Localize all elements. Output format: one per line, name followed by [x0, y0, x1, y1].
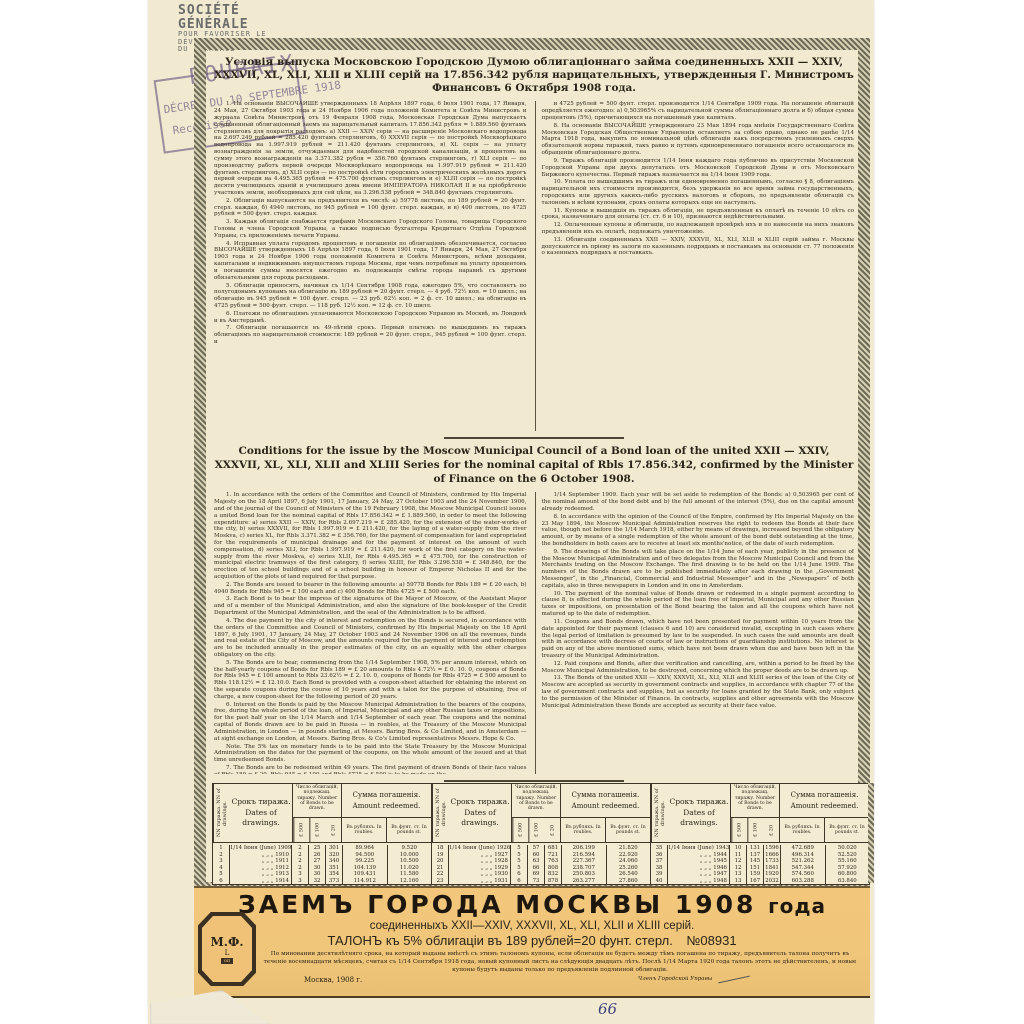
table-cell: 3: [213, 858, 230, 865]
condition-paragraph: 4. The due payment by the city of intere…: [214, 618, 527, 659]
table-cell: „ „ „ 1928: [449, 858, 511, 865]
table-cell: 301: [326, 845, 343, 852]
table-cell: 216.594: [562, 852, 607, 859]
header-dates: Срокъ тиража.Dates of drawings.: [230, 784, 293, 842]
table-cell: 6: [511, 878, 528, 885]
table-cell: 30: [309, 865, 326, 872]
condition-paragraph: 8. На основаніи ВЫСОЧАЙШЕ утвержденнаго …: [542, 123, 855, 157]
table-cell: 5: [511, 845, 528, 852]
table-cell: „ „ „ 1914: [230, 878, 292, 885]
table-cell: 63: [528, 858, 545, 865]
table-cell: 151: [747, 865, 764, 872]
header-dates: Срокъ тиража.Dates of drawings.: [668, 784, 731, 842]
table-cell: 320: [326, 852, 343, 859]
table-cell: 38: [651, 865, 668, 872]
signature-label: Членъ Городской Управы: [638, 976, 712, 982]
table-cell: 1/14 Іюня (June) 1943: [668, 845, 730, 852]
table-cell: 12: [730, 865, 747, 872]
condition-paragraph: 10. The payment of the nominal value of …: [542, 591, 855, 618]
table-cell: 52.520: [826, 852, 870, 859]
coupon-body-text: По миновании десятилѣтняго срока, на кот…: [262, 951, 858, 974]
table-cell: 23: [432, 878, 449, 885]
coupon-headline-main: ЗАЕМЪ ГОРОДА МОСКВЫ 1908: [238, 890, 756, 919]
condition-paragraph: 4. Исправная уплата городомъ процентовъ …: [214, 241, 527, 282]
table-cell: 12: [730, 858, 747, 865]
seal-box: оп: [221, 958, 233, 964]
table-cell: 167: [747, 878, 764, 885]
table-cell: „ „ „ 1945: [668, 858, 730, 865]
table-cell: 37: [651, 858, 668, 865]
stamp-line: SOCIÉTÉ GÉNÉRALE: [178, 4, 318, 31]
table-row: 21„ „ „ 1929566808238.70725.260: [432, 865, 650, 872]
table-cell: „ „ „ 1947: [668, 871, 730, 878]
table-cell: 11.580: [388, 871, 432, 878]
table-row: 19„ „ „ 1927560721216.59422.920: [432, 852, 650, 859]
table-cell: 63.840: [826, 878, 870, 885]
condition-paragraph: 9. Тиражъ облигацій производится 1/14 Ію…: [542, 158, 855, 178]
table-cell: 3: [292, 871, 309, 878]
table-cell: „ „ „ 1948: [668, 878, 730, 885]
section-divider: [444, 780, 624, 782]
table-cell: 574.560: [781, 871, 826, 878]
seal-letter: L: [225, 949, 230, 957]
handwritten-note: 66: [598, 1000, 617, 1018]
russian-right-column: и 4725 рублей = 500 фунт. стерл. произво…: [535, 101, 855, 431]
table-row: 351/14 Іюня (June) 1943101311596472.6895…: [651, 845, 869, 852]
table-cell: 2: [292, 865, 309, 872]
condition-paragraph: 5. Облигаціи приносятъ, начиная съ 1/14 …: [214, 283, 527, 310]
condition-paragraph: 6. Платежи по облигаціямъ уплачиваются М…: [214, 311, 527, 325]
table-cell: 1733: [764, 858, 781, 865]
table-cell: 1666: [764, 852, 781, 859]
table-row: 5„ „ „ 1913330354109.43111.580: [213, 871, 431, 878]
header-bonds: Число облигацій, подлежащ. тиражу. Numbe…: [731, 784, 780, 842]
table-cell: 104.139: [343, 865, 388, 872]
table-cell: 10.000: [388, 852, 432, 859]
table-cell: 547.344: [781, 865, 826, 872]
header-drawing-number: NN тиража. NN of drawings.: [651, 784, 668, 842]
signature-scrawl-icon: [718, 976, 750, 984]
table-cell: 109.431: [343, 871, 388, 878]
table-cell: 26.540: [607, 871, 651, 878]
table-cell: „ „ „ 1911: [230, 858, 292, 865]
table-cell: 263.277: [562, 878, 607, 885]
table-cell: 60: [528, 852, 545, 859]
table-cell: 2: [213, 852, 230, 859]
table-cell: 1920: [764, 871, 781, 878]
table-cell: 21: [432, 865, 449, 872]
table-cell: 18: [432, 845, 449, 852]
english-right-column: 1/14 September 1909. Each year will be s…: [535, 492, 855, 774]
header-amount: Сумма погашенія.Amount redeemed.Въ рубля…: [780, 784, 869, 842]
table-cell: 20: [432, 858, 449, 865]
header-dates: Срокъ тиража.Dates of drawings.: [449, 784, 512, 842]
condition-paragraph: 13. Облигаціи соединенныхъ XXII — XXIV, …: [542, 237, 855, 257]
table-header: NN тиража. NN of drawings.Срокъ тиража.D…: [213, 784, 431, 843]
coupon-signature: Членъ Городской Управы: [638, 976, 750, 984]
table-cell: „ „ „ 1944: [668, 852, 730, 859]
table-row: 38„ „ „ 1946121511841547.34457.920: [651, 865, 869, 872]
table-cell: 681: [545, 845, 562, 852]
table-cell: 19: [432, 852, 449, 859]
table-cell: 1/14 Іюня (June) 1909: [230, 845, 292, 852]
table-cell: 5: [213, 871, 230, 878]
table-cell: 2: [292, 845, 309, 852]
table-cell: 521.262: [781, 858, 826, 865]
table-cell: 114.912: [343, 878, 388, 885]
table-cell: „ „ „ 1929: [449, 865, 511, 872]
table-cell: 2: [292, 852, 309, 859]
condition-paragraph: 1/14 September 1909. Each year will be s…: [542, 492, 855, 512]
table-cell: 27.860: [607, 878, 651, 885]
table-cell: 6: [213, 878, 230, 885]
condition-paragraph: 3. Each Bond is to bear the impress of t…: [214, 596, 527, 616]
table-row: 37„ „ „ 1945121451733521.26255.160: [651, 858, 869, 865]
table-cell: 5: [511, 865, 528, 872]
table-cell: „ „ „ 1913: [230, 871, 292, 878]
condition-paragraph: 11. Coupons and Bonds drawn, which have …: [542, 619, 855, 660]
talon-coupon: М.Ф. L оп ЗАЕМЪ ГОРОДА МОСКВЫ 1908 года …: [194, 886, 870, 998]
condition-paragraph: 13. The Bonds of the united XXII — XXIV,…: [542, 675, 855, 709]
condition-paragraph: 8. In accordance with the opinion of the…: [542, 514, 855, 548]
header-bonds: Число облигацій, подлежащ. тиражу. Numbe…: [512, 784, 561, 842]
table-row: 22„ „ „ 1930669832250.80326.540: [432, 871, 650, 878]
table-cell: 137: [747, 852, 764, 859]
condition-paragraph: 12. Paid coupons and Bonds, after due ve…: [542, 661, 855, 675]
russian-conditions: 1. На основаніи ВЫСОЧАЙШЕ утвержденныхъ …: [214, 101, 854, 431]
table-cell: 12.160: [388, 878, 432, 885]
table-row: 23„ „ „ 1931673878263.27727.860: [432, 878, 650, 885]
header-amount: Сумма погашенія.Amount redeemed.Въ рубля…: [342, 784, 431, 842]
table-cell: 1596: [764, 845, 781, 852]
table-cell: 57.920: [826, 865, 870, 872]
seal-inner: М.Ф. L оп: [202, 916, 252, 982]
coupon-series-line: соединенныхъ XXII—XXIV, XXXVII, XL, XLI,…: [194, 920, 870, 932]
table-row: 36„ „ „ 1944111371666496.31452.520: [651, 852, 869, 859]
condition-paragraph: и 4725 рублей = 500 фунт. стерл. произво…: [542, 101, 855, 121]
table-cell: 13: [730, 871, 747, 878]
table-cell: 39: [651, 871, 668, 878]
talon-text: ТАЛОНЪ къ 5% облигаціи въ 189 рублей=20 …: [327, 933, 672, 948]
table-cell: 50.020: [826, 845, 870, 852]
condition-paragraph: 5. The Bonds are to bear, commencing fro…: [214, 660, 527, 701]
table-cell: 1/14 Іюня (June) 1926: [449, 845, 511, 852]
table-cell: 4: [213, 865, 230, 872]
table-cell: „ „ „ 1927: [449, 852, 511, 859]
table-cell: „ „ „ 1930: [449, 871, 511, 878]
table-cell: „ „ „ 1946: [668, 865, 730, 872]
bond-conditions: Условія выпуска Московскою Городскою Дум…: [214, 56, 854, 825]
condition-paragraph: 9. The drawings of the Bonds will take p…: [542, 549, 855, 590]
table-cell: 5: [511, 852, 528, 859]
table-cell: 878: [545, 878, 562, 885]
table-cell: 36: [651, 852, 668, 859]
table-row: 6„ „ „ 1914332373114.91212.160: [213, 878, 431, 885]
table-cell: 238.707: [562, 865, 607, 872]
table-cell: 373: [326, 878, 343, 885]
table-cell: 35: [651, 845, 668, 852]
table-cell: 1841: [764, 865, 781, 872]
condition-paragraph: 1. На основаніи ВЫСОЧАЙШЕ утвержденныхъ …: [214, 101, 527, 196]
table-cell: 6: [511, 871, 528, 878]
table-cell: 145: [747, 858, 764, 865]
table-row: 2„ „ „ 191022632094.50010.000: [213, 852, 431, 859]
stamp-duty-seal: М.Ф. L оп: [198, 912, 256, 986]
table-cell: 9.520: [388, 845, 432, 852]
header-amount: Сумма погашенія.Amount redeemed.Въ рубля…: [561, 784, 650, 842]
table-cell: 354: [326, 871, 343, 878]
table-cell: 3: [292, 878, 309, 885]
russian-left-column: 1. На основаніи ВЫСОЧАЙШЕ утвержденныхъ …: [214, 101, 527, 431]
table-cell: 40: [651, 878, 668, 885]
redemption-segment: NN тиража. NN of drawings.Срокъ тиража.D…: [651, 784, 869, 884]
condition-paragraph: 6. Interest on the Bonds is paid by the …: [214, 702, 527, 743]
table-cell: „ „ „ 1912: [230, 865, 292, 872]
condition-paragraph: 10. Уплата по вышедшимъ въ тиражъ или ед…: [542, 179, 855, 206]
table-cell: 721: [545, 852, 562, 859]
table-row: 181/14 Іюня (June) 1926557681206.19921.8…: [432, 845, 650, 852]
coupon-talon-line: ТАЛОНЪ къ 5% облигаціи въ 189 рублей=20 …: [194, 933, 870, 948]
english-left-column: 1. In accordance with the orders of the …: [214, 492, 527, 774]
table-cell: 11: [730, 852, 747, 859]
table-cell: 22.920: [607, 852, 651, 859]
table-cell: 131: [747, 845, 764, 852]
table-cell: 250.803: [562, 871, 607, 878]
condition-paragraph: 2. Облигаціи выпускаются на предъявителя…: [214, 198, 527, 218]
table-cell: 763: [545, 858, 562, 865]
table-cell: 206.199: [562, 845, 607, 852]
header-drawing-number: NN тиража. NN of drawings.: [213, 784, 230, 842]
table-cell: 69: [528, 871, 545, 878]
table-cell: 73: [528, 878, 545, 885]
table-header: NN тиража. NN of drawings.Срокъ тиража.D…: [651, 784, 869, 843]
table-cell: 21.820: [607, 845, 651, 852]
table-cell: 2032: [764, 878, 781, 885]
table-row: 39„ „ „ 1947131591920574.56060.800: [651, 871, 869, 878]
table-cell: „ „ „ 1910: [230, 852, 292, 859]
table-cell: 832: [545, 871, 562, 878]
redemption-segment: NN тиража. NN of drawings.Срокъ тиража.D…: [213, 784, 432, 884]
table-cell: 94.500: [343, 852, 388, 859]
english-title: Conditions for the issue by the Moscow M…: [214, 445, 854, 486]
table-cell: 496.314: [781, 852, 826, 859]
coupon-headline: ЗАЕМЪ ГОРОДА МОСКВЫ 1908 года: [194, 890, 870, 919]
table-cell: 351: [326, 865, 343, 872]
condition-paragraph: Note. The 5% tax on monetary funds is to…: [214, 744, 527, 764]
table-cell: 99.225: [343, 858, 388, 865]
condition-paragraph: 7. The Bonds are to be redeemed within 4…: [214, 765, 527, 774]
table-cell: 24.060: [607, 858, 651, 865]
table-cell: 159: [747, 871, 764, 878]
table-cell: 13: [730, 878, 747, 885]
table-cell: 808: [545, 865, 562, 872]
table-cell: 11.020: [388, 865, 432, 872]
header-drawing-number: NN тиража. NN of drawings.: [432, 784, 449, 842]
russian-title: Условія выпуска Московскою Городскою Дум…: [214, 56, 854, 95]
coupon-headline-suffix: года: [768, 894, 826, 918]
condition-paragraph: 2. The Bonds are issued to bearer in the…: [214, 582, 527, 596]
table-cell: 25: [309, 845, 326, 852]
redemption-table: NN тиража. NN of drawings.Срокъ тиража.D…: [212, 783, 870, 885]
table-row: 3„ „ „ 191122734099.22510.500: [213, 858, 431, 865]
header-bonds: Число облигацій, подлежащ. тиражу. Numbe…: [293, 784, 342, 842]
english-conditions: 1. In accordance with the orders of the …: [214, 492, 854, 774]
coupon-number: №08931: [686, 933, 736, 948]
table-cell: 22: [432, 871, 449, 878]
table-cell: 89.964: [343, 845, 388, 852]
table-cell: „ „ „ 1931: [449, 878, 511, 885]
table-row: 20„ „ „ 1928563763227.36724.060: [432, 858, 650, 865]
table-cell: 60.800: [826, 871, 870, 878]
condition-paragraph: 3. Каждая облигація снабжается грифами М…: [214, 219, 527, 239]
table-cell: 472.689: [781, 845, 826, 852]
table-cell: 1: [213, 845, 230, 852]
condition-paragraph: 1. In accordance with the orders of the …: [214, 492, 527, 581]
coupon-place-date: Москва, 1908 г.: [304, 976, 362, 984]
table-cell: 5: [511, 858, 528, 865]
table-cell: 603.288: [781, 878, 826, 885]
table-cell: 10.500: [388, 858, 432, 865]
table-cell: 30: [309, 871, 326, 878]
section-divider: [444, 437, 624, 439]
ornamental-border-strip: [868, 783, 874, 883]
condition-paragraph: 7. Облигаціи погашаются въ 49-лѣтній сро…: [214, 325, 527, 345]
table-cell: 55.160: [826, 858, 870, 865]
condition-paragraph: 12. Оплаченные купоны и облигаціи, по на…: [542, 222, 855, 236]
seal-monogram: М.Ф.: [210, 935, 243, 949]
table-row: 4„ „ „ 1912230351104.13911.020: [213, 865, 431, 872]
coupon-footer: Москва, 1908 г. Членъ Городской Управы: [304, 976, 750, 984]
table-cell: 10: [730, 845, 747, 852]
condition-paragraph: 11. Купоны и вышедшія въ тиражъ облигаці…: [542, 208, 855, 222]
table-cell: 25.260: [607, 865, 651, 872]
table-row: 40„ „ „ 1948131672032603.28863.840: [651, 878, 869, 885]
table-cell: 227.367: [562, 858, 607, 865]
table-cell: 27: [309, 858, 326, 865]
table-header: NN тиража. NN of drawings.Срокъ тиража.D…: [432, 784, 650, 843]
table-cell: 66: [528, 865, 545, 872]
table-row: 11/14 Іюня (June) 190922530189.9649.520: [213, 845, 431, 852]
redemption-segment: NN тиража. NN of drawings.Срокъ тиража.D…: [432, 784, 651, 884]
table-cell: 32: [309, 878, 326, 885]
table-cell: 340: [326, 858, 343, 865]
table-cell: 26: [309, 852, 326, 859]
table-cell: 57: [528, 845, 545, 852]
table-cell: 2: [292, 858, 309, 865]
